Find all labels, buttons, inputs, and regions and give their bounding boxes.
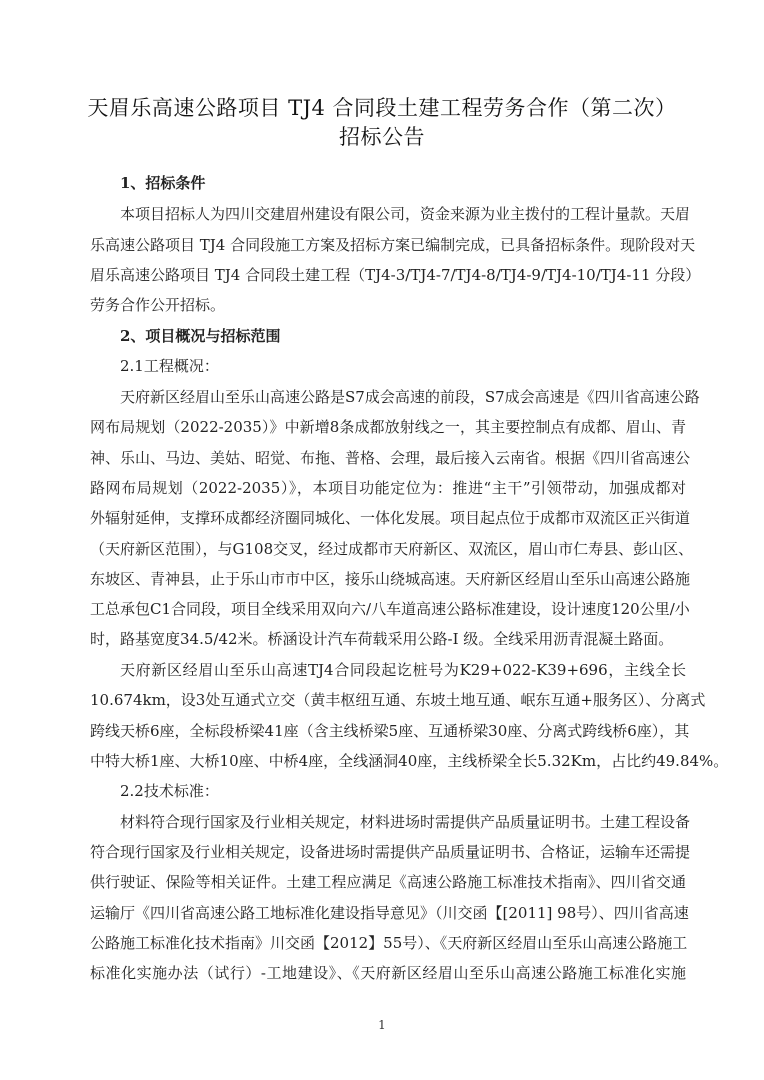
paragraph-line: 劳务合作公开招标。 — [90, 296, 686, 314]
paragraph-line: 天府新区经眉山至乐山高速公路是S7成会高速的前段，S7成会高速是《四川省高速公路 — [120, 388, 686, 406]
section-heading: 2、项目概况与招标范围 — [120, 327, 686, 345]
document-page: 天眉乐高速公路项目 TJ4 合同段土建工程劳务合作（第二次） 招标公告 1、招标… — [0, 0, 764, 1080]
paragraph-line: （天府新区范围），与G108交叉，经过成都市天府新区、双流区，眉山市仁寿县、彭山… — [90, 540, 686, 558]
document-subtitle: 招标公告 — [0, 121, 764, 151]
paragraph-line: 工总承包C1合同段，项目全线采用双向六/八车道高速公路标准建设，设计速度120公… — [90, 600, 686, 618]
document-title: 天眉乐高速公路项目 TJ4 合同段土建工程劳务合作（第二次） — [0, 92, 764, 122]
paragraph-line: 乐高速公路项目 TJ4 合同段施工方案及招标方案已编制完成，已具备招标条件。现阶… — [90, 236, 686, 254]
paragraph-line: 标准化实施办法（试行）-工地建设》、《天府新区经眉山至乐山高速公路施工标准化实施 — [90, 964, 686, 982]
paragraph-line: 眉乐高速公路项目 TJ4 合同段土建工程（TJ4-3/TJ4-7/TJ4-8/T… — [90, 266, 686, 284]
paragraph-line: 供行驶证、保险等相关证件。土建工程应满足《高速公路施工标准技术指南》、四川省交通 — [90, 873, 686, 891]
paragraph-line: 符合现行国家及行业相关规定，设备进场时需提供产品质量证明书、合格证，运输车还需提 — [90, 843, 686, 861]
paragraph-line: 网布局规划（2022-2035）》中新增8条成都放射线之一，其主要控制点有成都、… — [90, 418, 686, 436]
paragraph-line: 东坡区、青神县，止于乐山市市中区，接乐山绕城高速。天府新区经眉山至乐山高速公路施 — [90, 570, 686, 588]
paragraph-line: 跨线天桥6座，全标段桥梁41座（含主线桥梁5座、互通桥梁30座、分离式跨线桥6座… — [90, 722, 686, 740]
paragraph-line: 公路施工标准化技术指南》川交函【2012】55号）、《天府新区经眉山至乐山高速公… — [90, 934, 686, 952]
subsection-heading: 2.1工程概况： — [120, 357, 686, 375]
section-heading: 1、招标条件 — [120, 174, 686, 192]
paragraph-line: 材料符合现行国家及行业相关规定，材料进场时需提供产品质量证明书。土建工程设备 — [120, 813, 686, 831]
page-number: 1 — [0, 1018, 764, 1032]
paragraph-line: 时，路基宽度34.5/42米。桥涵设计汽车荷载采用公路-I 级。全线采用沥青混凝… — [90, 630, 686, 648]
paragraph-line: 路网布局规划（2022-2035）》，本项目功能定位为：推进“主干”引领带动，加… — [90, 479, 686, 497]
paragraph-line: 天府新区经眉山至乐山高速TJ4合同段起讫桩号为K29+022-K39+696，主… — [120, 661, 686, 679]
paragraph-line: 运输厅《四川省高速公路工地标准化建设指导意见》（川交函【[2011] 98号）、… — [90, 904, 686, 922]
subsection-heading: 2.2技术标准： — [120, 782, 686, 800]
paragraph-line: 10.674km，设3处互通式立交（黄丰枢纽互通、东坡土地互通、岷东互通+服务区… — [90, 691, 686, 709]
paragraph-line: 外辐射延伸，支撑环成都经济圈同城化、一体化发展。项目起点位于成都市双流区正兴街道 — [90, 509, 686, 527]
paragraph-line: 中特大桥1座、大桥10座、中桥4座，全线涵洞40座，主线桥梁全长5.32Km，占… — [90, 752, 686, 770]
paragraph-line: 神、乐山、马边、美姑、昭觉、布拖、普格、会理，最后接入云南省。根据《四川省高速公 — [90, 449, 686, 467]
paragraph-line: 本项目招标人为四川交建眉州建设有限公司，资金来源为业主拨付的工程计量款。天眉 — [120, 205, 686, 223]
